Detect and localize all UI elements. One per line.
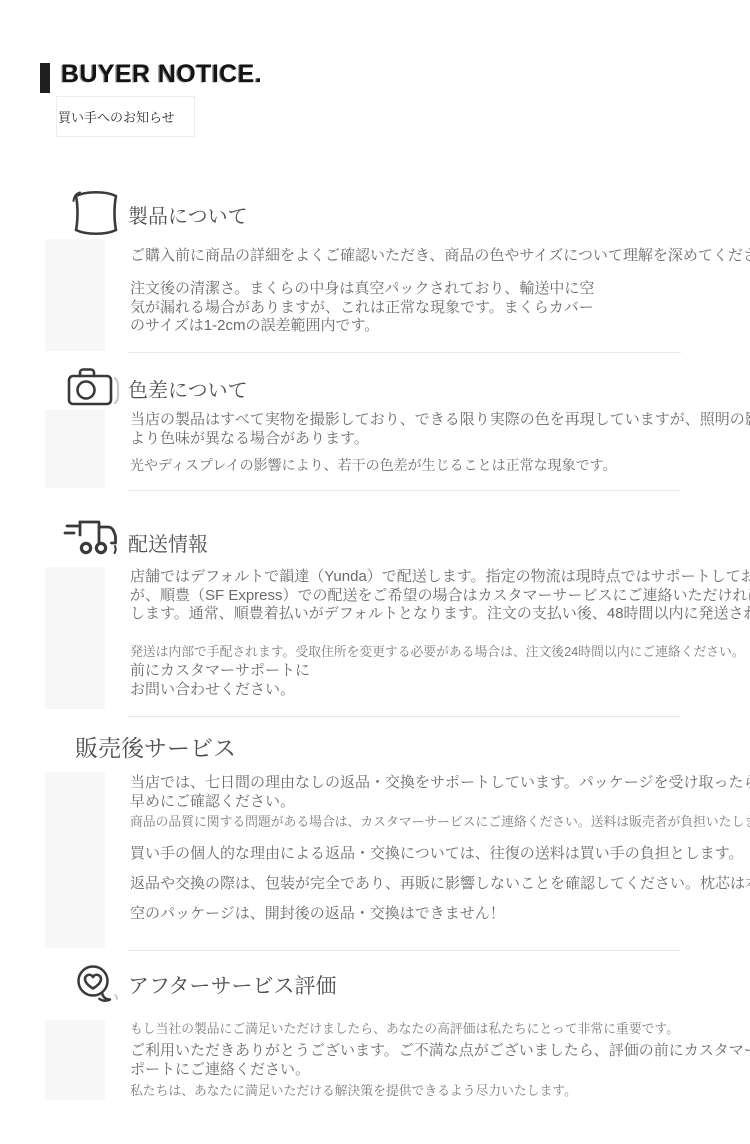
- color-note: 光やディスプレイの影響により、若干の色差が生じることは正常な現象です。: [130, 456, 617, 474]
- heart-bubble-icon: [72, 961, 124, 1009]
- section-title-aftersale: 販売後サービス: [75, 730, 236, 763]
- aftersale-empty-package: 空のパッケージは、開封後の返品・交換はできません！: [130, 905, 505, 924]
- section-divider: [128, 352, 681, 353]
- gutter-shade: [45, 772, 105, 948]
- page-subtitle: 買い手へのお知らせ: [58, 107, 175, 126]
- shipping-body: 店舗ではデフォルトで韻達（Yunda）で配送します。指定の物流は現時点ではサポー…: [130, 568, 750, 624]
- section-title-product: 製品について: [128, 200, 248, 229]
- review-body: ご利用いただきありがとうございます。ご不満な点がございましたら、評価の前にカスタ…: [130, 1042, 750, 1079]
- section-divider: [128, 716, 681, 717]
- shipping-tail: 前にカスタマーサポートに お問い合わせください。: [130, 662, 310, 699]
- product-body: 注文後の清潔さ。まくらの中身は真空パックされており、輸送中に空 気が漏れる場合が…: [130, 280, 594, 336]
- aftersale-packaging: 返品や交換の際は、包装が完全であり、再販に影響しないことを確認してください。枕芯…: [130, 875, 750, 894]
- product-intro: ご購入前に商品の詳細をよくご確認いただき、商品の色やサイズについて理解を深めてく…: [130, 247, 750, 266]
- section-title-shipping: 配送情報: [128, 528, 208, 557]
- review-small-top: もし当社の製品にご満足いただけましたら、あなたの高評価は私たちにとって非常に重要…: [130, 1021, 679, 1037]
- color-body: 当店の製品はすべて実物を撮影しており、できる限り実際の色を再現していますが、照明…: [130, 411, 750, 448]
- review-small-bottom: 私たちは、あなたに満足いただける解決策を提供できるよう尽力いたします。: [130, 1083, 577, 1099]
- gutter-shade: [45, 1020, 105, 1100]
- camera-icon: [66, 366, 124, 410]
- shipping-small-note: 発送は内部で手配されます。受取住所を変更する必要がある場合は、注文後24時間以内…: [130, 644, 745, 660]
- aftersale-body: 当店では、七日間の理由なしの返品・交換をサポートしています。パッケージを受け取っ…: [130, 774, 750, 811]
- section-title-color: 色差について: [128, 374, 248, 403]
- gutter-shade: [45, 239, 105, 351]
- truck-icon: [62, 517, 122, 561]
- gutter-shade: [45, 410, 105, 488]
- page-title: BUYER NOTICE.: [61, 60, 262, 89]
- pillow-icon: [70, 188, 122, 238]
- section-divider: [128, 950, 681, 951]
- gutter-shade: [45, 567, 105, 709]
- aftersale-small-note: 商品の品質に関する問題がある場合は、カスタマーサービスにご連絡ください。送料は販…: [130, 814, 750, 830]
- aftersale-buyer-reason: 買い手の個人的な理由による返品・交換については、往復の送料は買い手の負担とします…: [130, 845, 744, 864]
- section-title-review: アフターサービス評価: [128, 970, 337, 1000]
- buyer-notice-page: BUYER NOTICE. 買い手へのお知らせ 製品について ご購入前に商品の詳…: [0, 0, 750, 1144]
- section-divider: [128, 490, 681, 491]
- header-accent-bar: [40, 63, 50, 93]
